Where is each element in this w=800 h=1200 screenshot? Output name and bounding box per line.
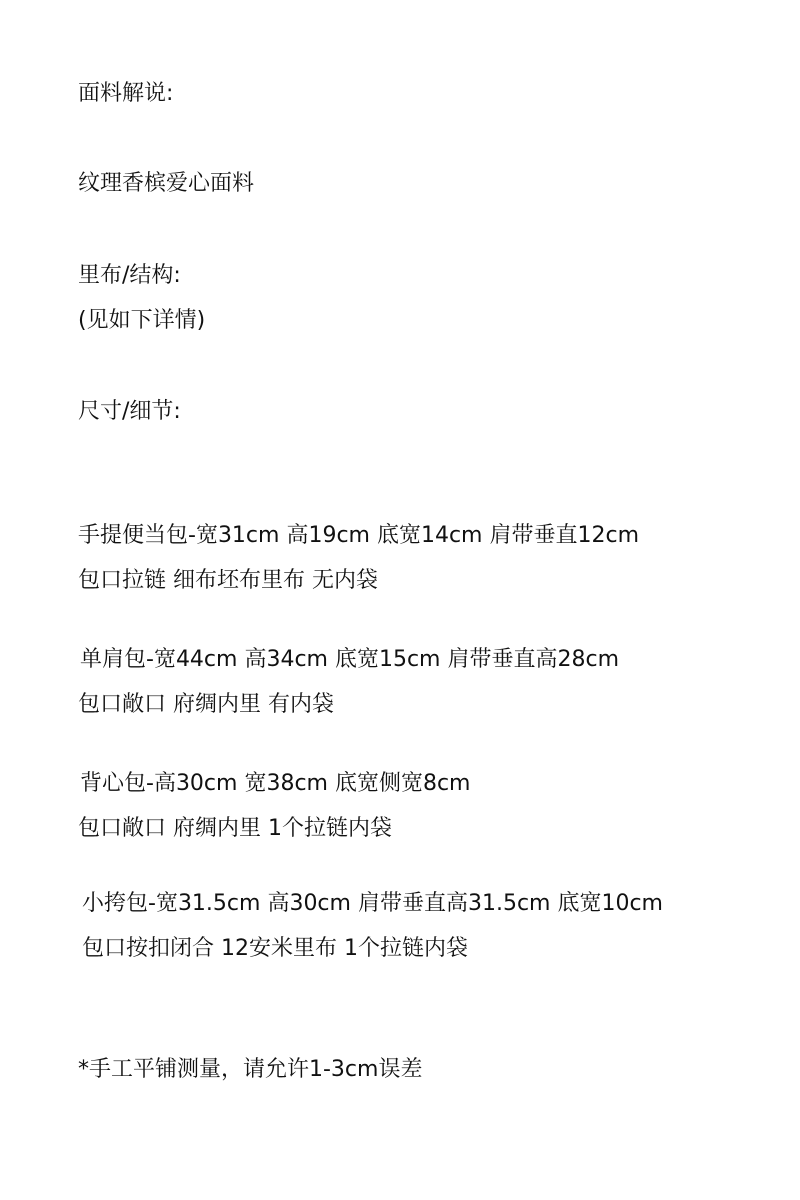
product-spec: 背心包-高30cm 宽38cm 底宽侧宽8cm bbox=[80, 770, 471, 798]
measurement-note: *手工平铺测量，请允许1-3cm误差 bbox=[78, 1056, 422, 1084]
product-spec: 小挎包-宽31.5cm 高30cm 肩带垂直高31.5cm 底宽10cm bbox=[82, 890, 663, 918]
lining-heading: 里布/结构: bbox=[78, 262, 181, 290]
size-heading: 尺寸/细节: bbox=[78, 398, 181, 426]
product-spec: 手提便当包-宽31cm 高19cm 底宽14cm 肩带垂直12cm bbox=[78, 522, 639, 550]
product-detail: 包口拉链 细布坯布里布 无内袋 bbox=[78, 567, 378, 595]
product-detail: 包口按扣闭合 12安米里布 1个拉链内袋 bbox=[82, 935, 468, 963]
product-spec: 单肩包-宽44cm 高34cm 底宽15cm 肩带垂直高28cm bbox=[80, 646, 619, 674]
fabric-value: 纹理香槟爱心面料 bbox=[78, 170, 254, 198]
lining-value: (见如下详情) bbox=[78, 307, 205, 335]
fabric-heading: 面料解说: bbox=[78, 80, 173, 108]
product-detail: 包口敞口 府绸内里 1个拉链内袋 bbox=[78, 815, 392, 843]
product-detail: 包口敞口 府绸内里 有内袋 bbox=[78, 691, 334, 719]
